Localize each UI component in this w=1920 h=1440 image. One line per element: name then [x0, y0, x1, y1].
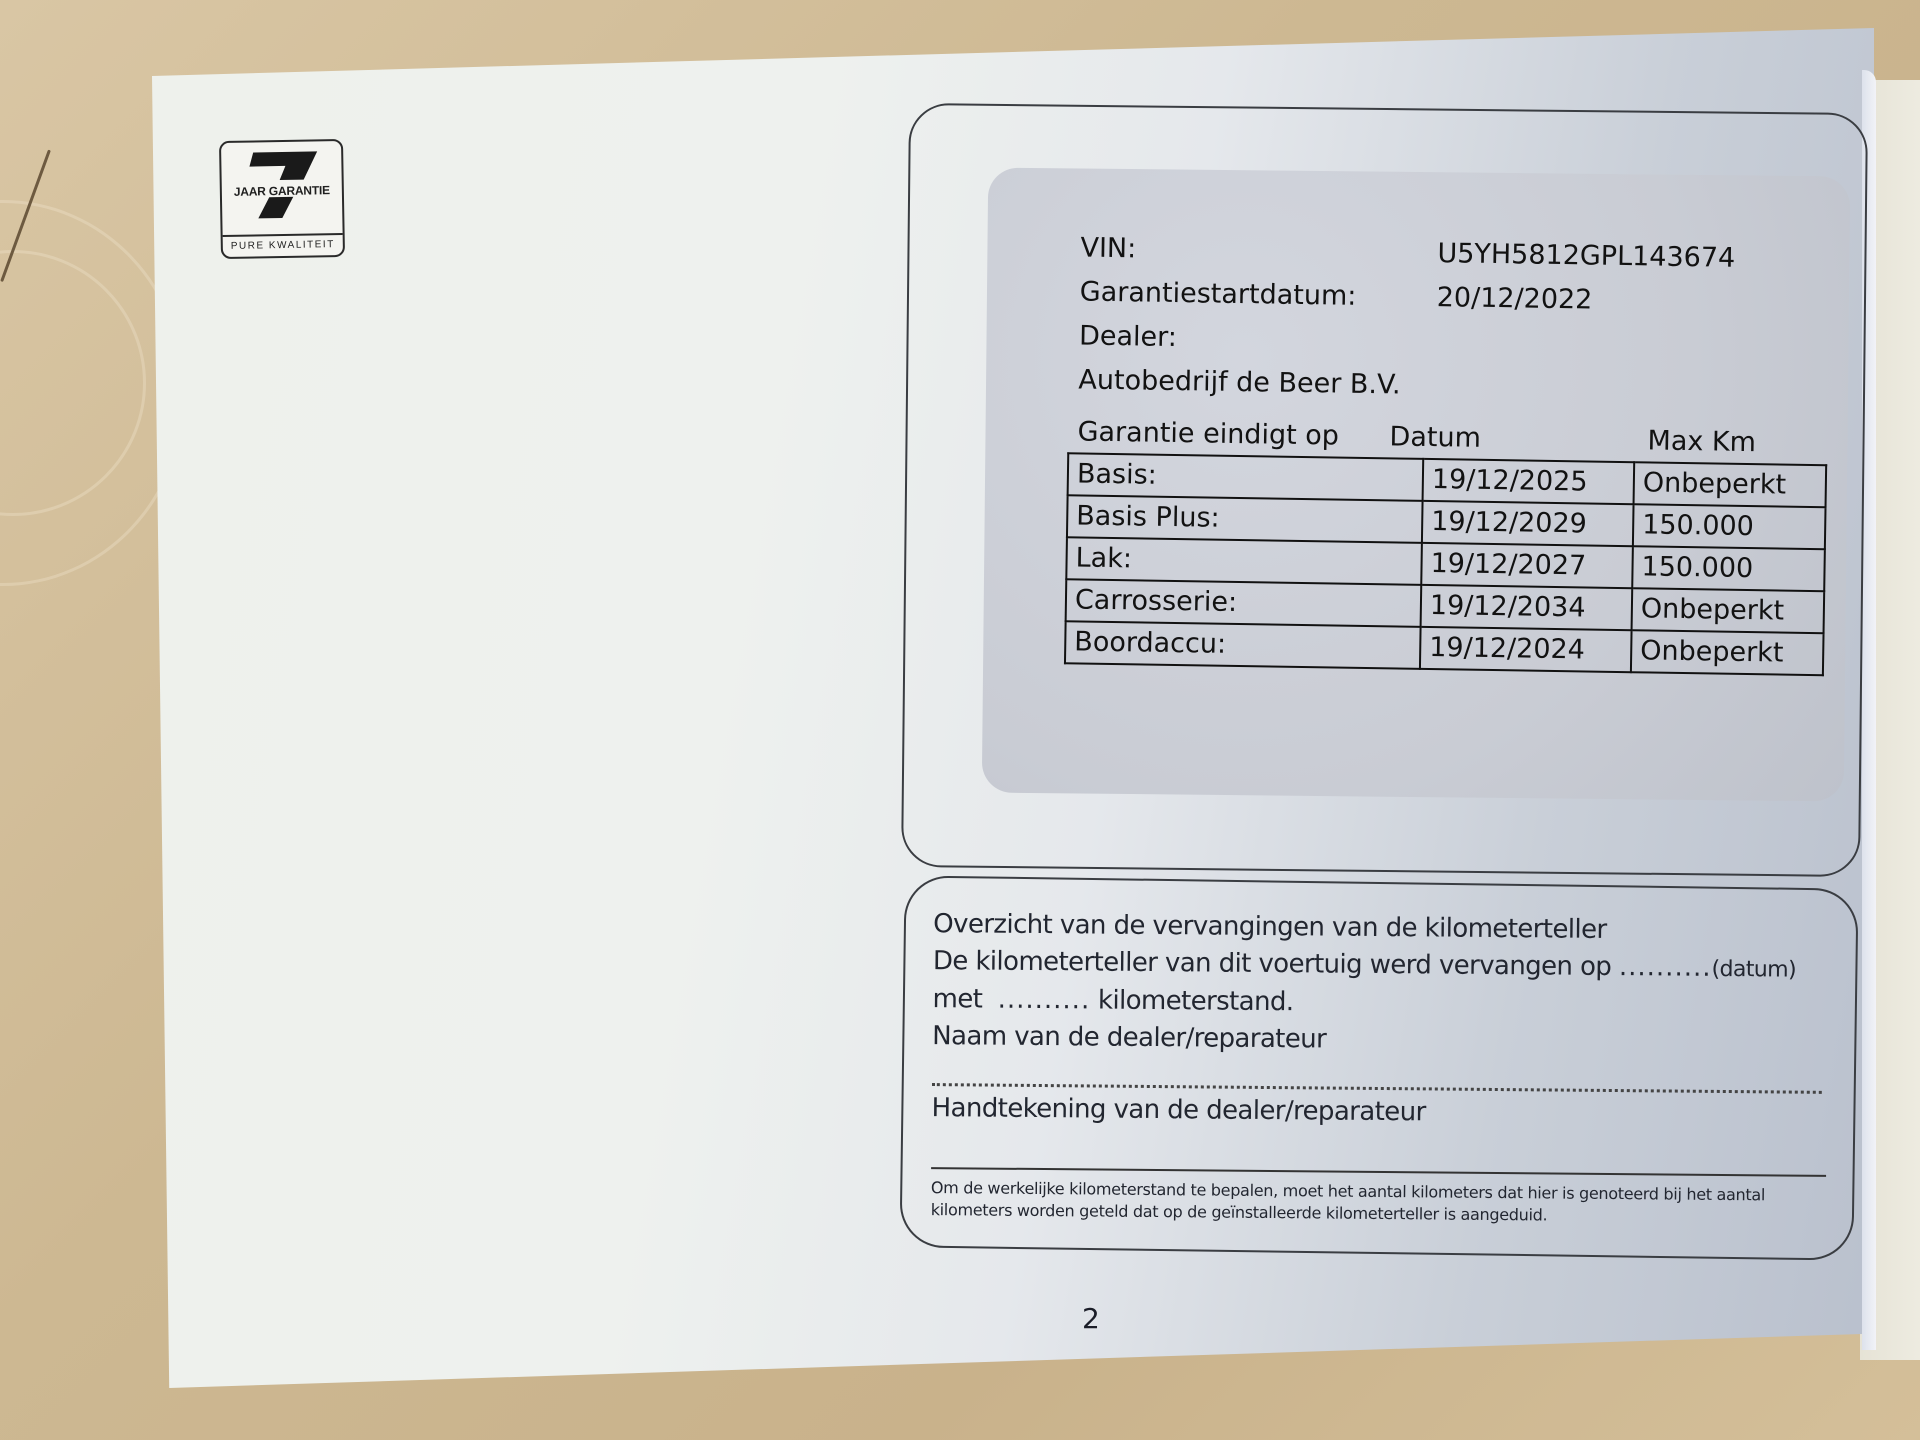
warranty-max-km: Onbeperkt: [1632, 588, 1825, 633]
signature-field[interactable]: [931, 1167, 1826, 1177]
dealer-name-label: Naam van de dealer/reparateur: [932, 1018, 1832, 1063]
logo-top-text: JAAR GARANTIE: [232, 184, 332, 198]
date-fill-field[interactable]: ..........: [1619, 952, 1712, 983]
warranty-table: Basis: 19/12/2025 Onbeperkt Basis Plus: …: [1064, 452, 1827, 676]
warranty-max-km: 150.000: [1633, 504, 1826, 549]
warranty-label: VIN: U5YH5812GPL143674 Garantiestartdatu…: [982, 168, 1850, 802]
start-date-label: Garantiestartdatum:: [1079, 270, 1437, 320]
seven-year-warranty-logo: JAAR GARANTIE PURE KWALITEIT: [219, 139, 345, 259]
warranty-max-km: Onbeperkt: [1631, 630, 1824, 675]
warranty-end-date: 19/12/2027: [1421, 543, 1633, 588]
date-suffix: (datum): [1711, 957, 1796, 983]
odometer-replacement-content: Overzicht van de vervangingen van de kil…: [931, 906, 1834, 1229]
warranty-end-date: 19/12/2034: [1421, 585, 1633, 630]
header-max-km: Max Km: [1647, 421, 1756, 463]
header-date: Datum: [1389, 417, 1648, 461]
odometer-line-2-prefix: met: [932, 984, 982, 1014]
page-number: 2: [1082, 1302, 1100, 1335]
warranty-type: Carrosserie:: [1066, 579, 1422, 627]
warranty-max-km: 150.000: [1632, 546, 1825, 591]
start-date-value: 20/12/2022: [1436, 276, 1592, 322]
warranty-type: Lak:: [1066, 537, 1422, 585]
warranty-type: Boordaccu:: [1065, 621, 1421, 669]
logo-bottom-text: PURE KWALITEIT: [223, 233, 343, 257]
vin-label: VIN:: [1080, 226, 1438, 276]
warranty-max-km: Onbeperkt: [1634, 462, 1827, 507]
warranty-end-date: 19/12/2024: [1420, 627, 1632, 672]
warranty-end-date: 19/12/2029: [1422, 501, 1634, 546]
odometer-line-1-text: De kilometerteller van dit voertuig werd…: [933, 946, 1612, 982]
header-type: Garantie eindigt op: [1077, 412, 1390, 457]
signature-label: Handtekening van de dealer/reparateur: [931, 1090, 1831, 1135]
km-fill-field[interactable]: ..........: [998, 985, 1091, 1016]
vin-value: U5YH5812GPL143674: [1437, 232, 1735, 281]
warranty-type: Basis:: [1068, 453, 1424, 501]
warranty-end-date: 19/12/2025: [1423, 459, 1635, 504]
warranty-type: Basis Plus:: [1067, 495, 1423, 543]
odometer-footnote: Om de werkelijke kilometerstand te bepal…: [931, 1177, 1831, 1229]
warranty-label-content: VIN: U5YH5812GPL143674 Garantiestartdatu…: [1074, 226, 1841, 676]
odometer-line-2-suffix: kilometerstand.: [1098, 986, 1294, 1018]
